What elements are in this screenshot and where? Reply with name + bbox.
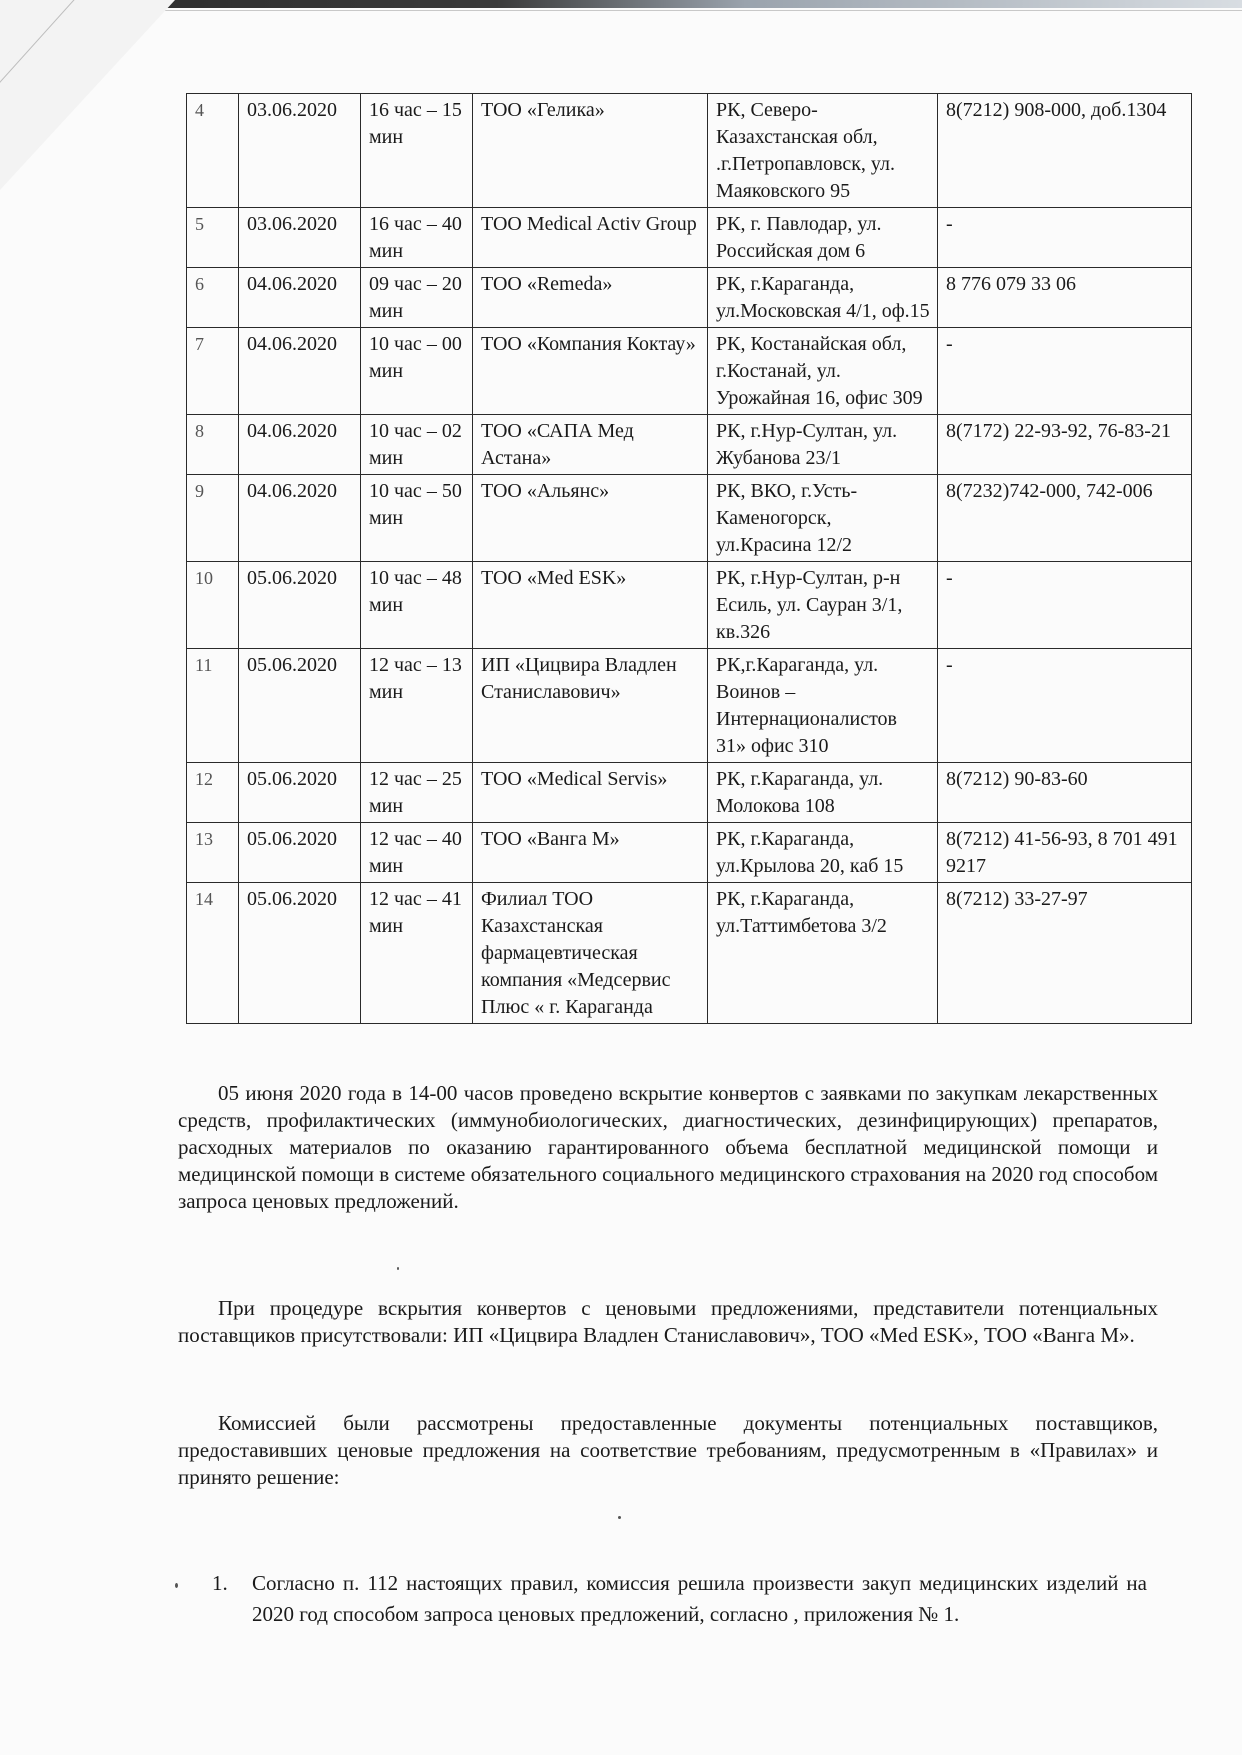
row-number: 7 bbox=[187, 328, 239, 415]
submission-date: 03.06.2020 bbox=[239, 94, 361, 208]
scan-speck bbox=[618, 1516, 621, 1519]
supplier-phone: 8(7212) 41-56-93, 8 701 491 9217 bbox=[938, 823, 1192, 883]
supplier-name: ТОО «Альянс» bbox=[473, 475, 708, 562]
decision-number: 1. bbox=[212, 1568, 228, 1599]
row-number: 5 bbox=[187, 208, 239, 268]
vendors-table: 403.06.202016 час – 15 минТОО «Гелика»РК… bbox=[186, 93, 1192, 1024]
submission-date: 03.06.2020 bbox=[239, 208, 361, 268]
supplier-phone: 8(7212) 90-83-60 bbox=[938, 763, 1192, 823]
submission-time: 12 час – 13 мин bbox=[361, 649, 473, 763]
scan-speck bbox=[175, 1583, 178, 1588]
attendance-paragraph: При процедуре вскрытия конвертов с ценов… bbox=[178, 1295, 1158, 1349]
submission-date: 05.06.2020 bbox=[239, 883, 361, 1024]
submission-date: 04.06.2020 bbox=[239, 415, 361, 475]
row-number: 9 bbox=[187, 475, 239, 562]
supplier-name: ИП «Цицвира Владлен Станиславович» bbox=[473, 649, 708, 763]
submission-time: 16 час – 15 мин bbox=[361, 94, 473, 208]
supplier-address: РК, г.Нур-Султан, ул. Жубанова 23/1 bbox=[708, 415, 938, 475]
row-number: 10 bbox=[187, 562, 239, 649]
scanner-edge-line bbox=[0, 10, 1242, 11]
supplier-address: РК, г.Нур-Султан, р-н Есиль, ул. Сауран … bbox=[708, 562, 938, 649]
supplier-phone: - bbox=[938, 208, 1192, 268]
supplier-name: ТОО «Гелика» bbox=[473, 94, 708, 208]
scan-speck bbox=[397, 1267, 399, 1270]
row-number: 13 bbox=[187, 823, 239, 883]
supplier-name: ТОО «Medical Servis» bbox=[473, 763, 708, 823]
supplier-phone: - bbox=[938, 649, 1192, 763]
table-row: 704.06.202010 час – 00 минТОО «Компания … bbox=[187, 328, 1192, 415]
submission-time: 10 час – 02 мин bbox=[361, 415, 473, 475]
submission-date: 05.06.2020 bbox=[239, 562, 361, 649]
vendors-table-body: 403.06.202016 час – 15 минТОО «Гелика»РК… bbox=[187, 94, 1192, 1024]
table-row: 403.06.202016 час – 15 минТОО «Гелика»РК… bbox=[187, 94, 1192, 208]
supplier-name: ТОО Medical Activ Group bbox=[473, 208, 708, 268]
submission-time: 12 час – 25 мин bbox=[361, 763, 473, 823]
supplier-phone: 8(7212) 33-27-97 bbox=[938, 883, 1192, 1024]
submission-time: 10 час – 00 мин bbox=[361, 328, 473, 415]
table-row: 1105.06.202012 час – 13 минИП «Цицвира В… bbox=[187, 649, 1192, 763]
supplier-phone: 8 776 079 33 06 bbox=[938, 268, 1192, 328]
row-number: 4 bbox=[187, 94, 239, 208]
submission-date: 05.06.2020 bbox=[239, 763, 361, 823]
decision-item: 1. Согласно п. 112 настоящих правил, ком… bbox=[212, 1568, 1147, 1630]
supplier-phone: - bbox=[938, 562, 1192, 649]
supplier-address: РК, г.Караганда, ул.Крылова 20, каб 15 bbox=[708, 823, 938, 883]
submission-date: 04.06.2020 bbox=[239, 328, 361, 415]
review-text: Комиссией были рассмотрены предоставленн… bbox=[178, 1410, 1158, 1491]
supplier-address: РК, Костанайская обл, г.Костанай, ул. Ур… bbox=[708, 328, 938, 415]
supplier-address: РК,г.Караганда, ул. Воинов – Интернацион… bbox=[708, 649, 938, 763]
table-row: 604.06.202009 час – 20 минТОО «Remeda»РК… bbox=[187, 268, 1192, 328]
opening-text: 05 июня 2020 года в 14-00 часов проведен… bbox=[178, 1080, 1158, 1215]
supplier-phone: 8(7172) 22-93-92, 76-83-21 bbox=[938, 415, 1192, 475]
submission-time: 16 час – 40 мин bbox=[361, 208, 473, 268]
submission-date: 05.06.2020 bbox=[239, 823, 361, 883]
supplier-name: ТОО «САПА Мед Астана» bbox=[473, 415, 708, 475]
submission-time: 10 час – 50 мин bbox=[361, 475, 473, 562]
table-row: 1305.06.202012 час – 40 минТОО «Ванга М»… bbox=[187, 823, 1192, 883]
supplier-phone: 8(7212) 908-000, доб.1304 bbox=[938, 94, 1192, 208]
supplier-address: РК, Северо-Казахстанская обл, .г.Петропа… bbox=[708, 94, 938, 208]
supplier-address: РК, г.Караганда, ул. Молокова 108 bbox=[708, 763, 938, 823]
submission-time: 10 час – 48 мин bbox=[361, 562, 473, 649]
table-row: 1405.06.202012 час – 41 минФилиал ТОО Ка… bbox=[187, 883, 1192, 1024]
submission-time: 12 час – 41 мин bbox=[361, 883, 473, 1024]
row-number: 14 bbox=[187, 883, 239, 1024]
supplier-address: РК, г. Павлодар, ул. Российская дом 6 bbox=[708, 208, 938, 268]
submission-date: 05.06.2020 bbox=[239, 649, 361, 763]
folded-corner bbox=[0, 0, 175, 190]
table-row: 1005.06.202010 час – 48 минТОО «Med ESK»… bbox=[187, 562, 1192, 649]
supplier-address: РК, г.Караганда, ул.Таттимбетова 3/2 bbox=[708, 883, 938, 1024]
submission-date: 04.06.2020 bbox=[239, 475, 361, 562]
submission-time: 12 час – 40 мин bbox=[361, 823, 473, 883]
supplier-name: ТОО «Ванга М» bbox=[473, 823, 708, 883]
table-row: 1205.06.202012 час – 25 минТОО «Medical … bbox=[187, 763, 1192, 823]
row-number: 6 bbox=[187, 268, 239, 328]
scanner-edge bbox=[0, 0, 1242, 8]
row-number: 11 bbox=[187, 649, 239, 763]
table-row: 503.06.202016 час – 40 минТОО Medical Ac… bbox=[187, 208, 1192, 268]
row-number: 8 bbox=[187, 415, 239, 475]
supplier-name: ТОО «Med ESK» bbox=[473, 562, 708, 649]
attendance-text: При процедуре вскрытия конвертов с ценов… bbox=[178, 1295, 1158, 1349]
supplier-name: ТОО «Remeda» bbox=[473, 268, 708, 328]
supplier-name: ТОО «Компания Коктау» bbox=[473, 328, 708, 415]
supplier-name: Филиал ТОО Казахстанская фармацевтическа… bbox=[473, 883, 708, 1024]
table-row: 804.06.202010 час – 02 минТОО «САПА Мед … bbox=[187, 415, 1192, 475]
submission-time: 09 час – 20 мин bbox=[361, 268, 473, 328]
decision-list: 1. Согласно п. 112 настоящих правил, ком… bbox=[212, 1568, 1147, 1630]
supplier-phone: - bbox=[938, 328, 1192, 415]
review-paragraph: Комиссией были рассмотрены предоставленн… bbox=[178, 1410, 1158, 1491]
table-row: 904.06.202010 час – 50 минТОО «Альянс»РК… bbox=[187, 475, 1192, 562]
decision-text: Согласно п. 112 настоящих правил, комисс… bbox=[252, 1571, 1147, 1626]
supplier-address: РК, ВКО, г.Усть-Каменогорск, ул.Красина … bbox=[708, 475, 938, 562]
opening-paragraph: 05 июня 2020 года в 14-00 часов проведен… bbox=[178, 1080, 1158, 1215]
supplier-address: РК, г.Караганда, ул.Московская 4/1, оф.1… bbox=[708, 268, 938, 328]
submission-date: 04.06.2020 bbox=[239, 268, 361, 328]
supplier-phone: 8(7232)742-000, 742-006 bbox=[938, 475, 1192, 562]
row-number: 12 bbox=[187, 763, 239, 823]
